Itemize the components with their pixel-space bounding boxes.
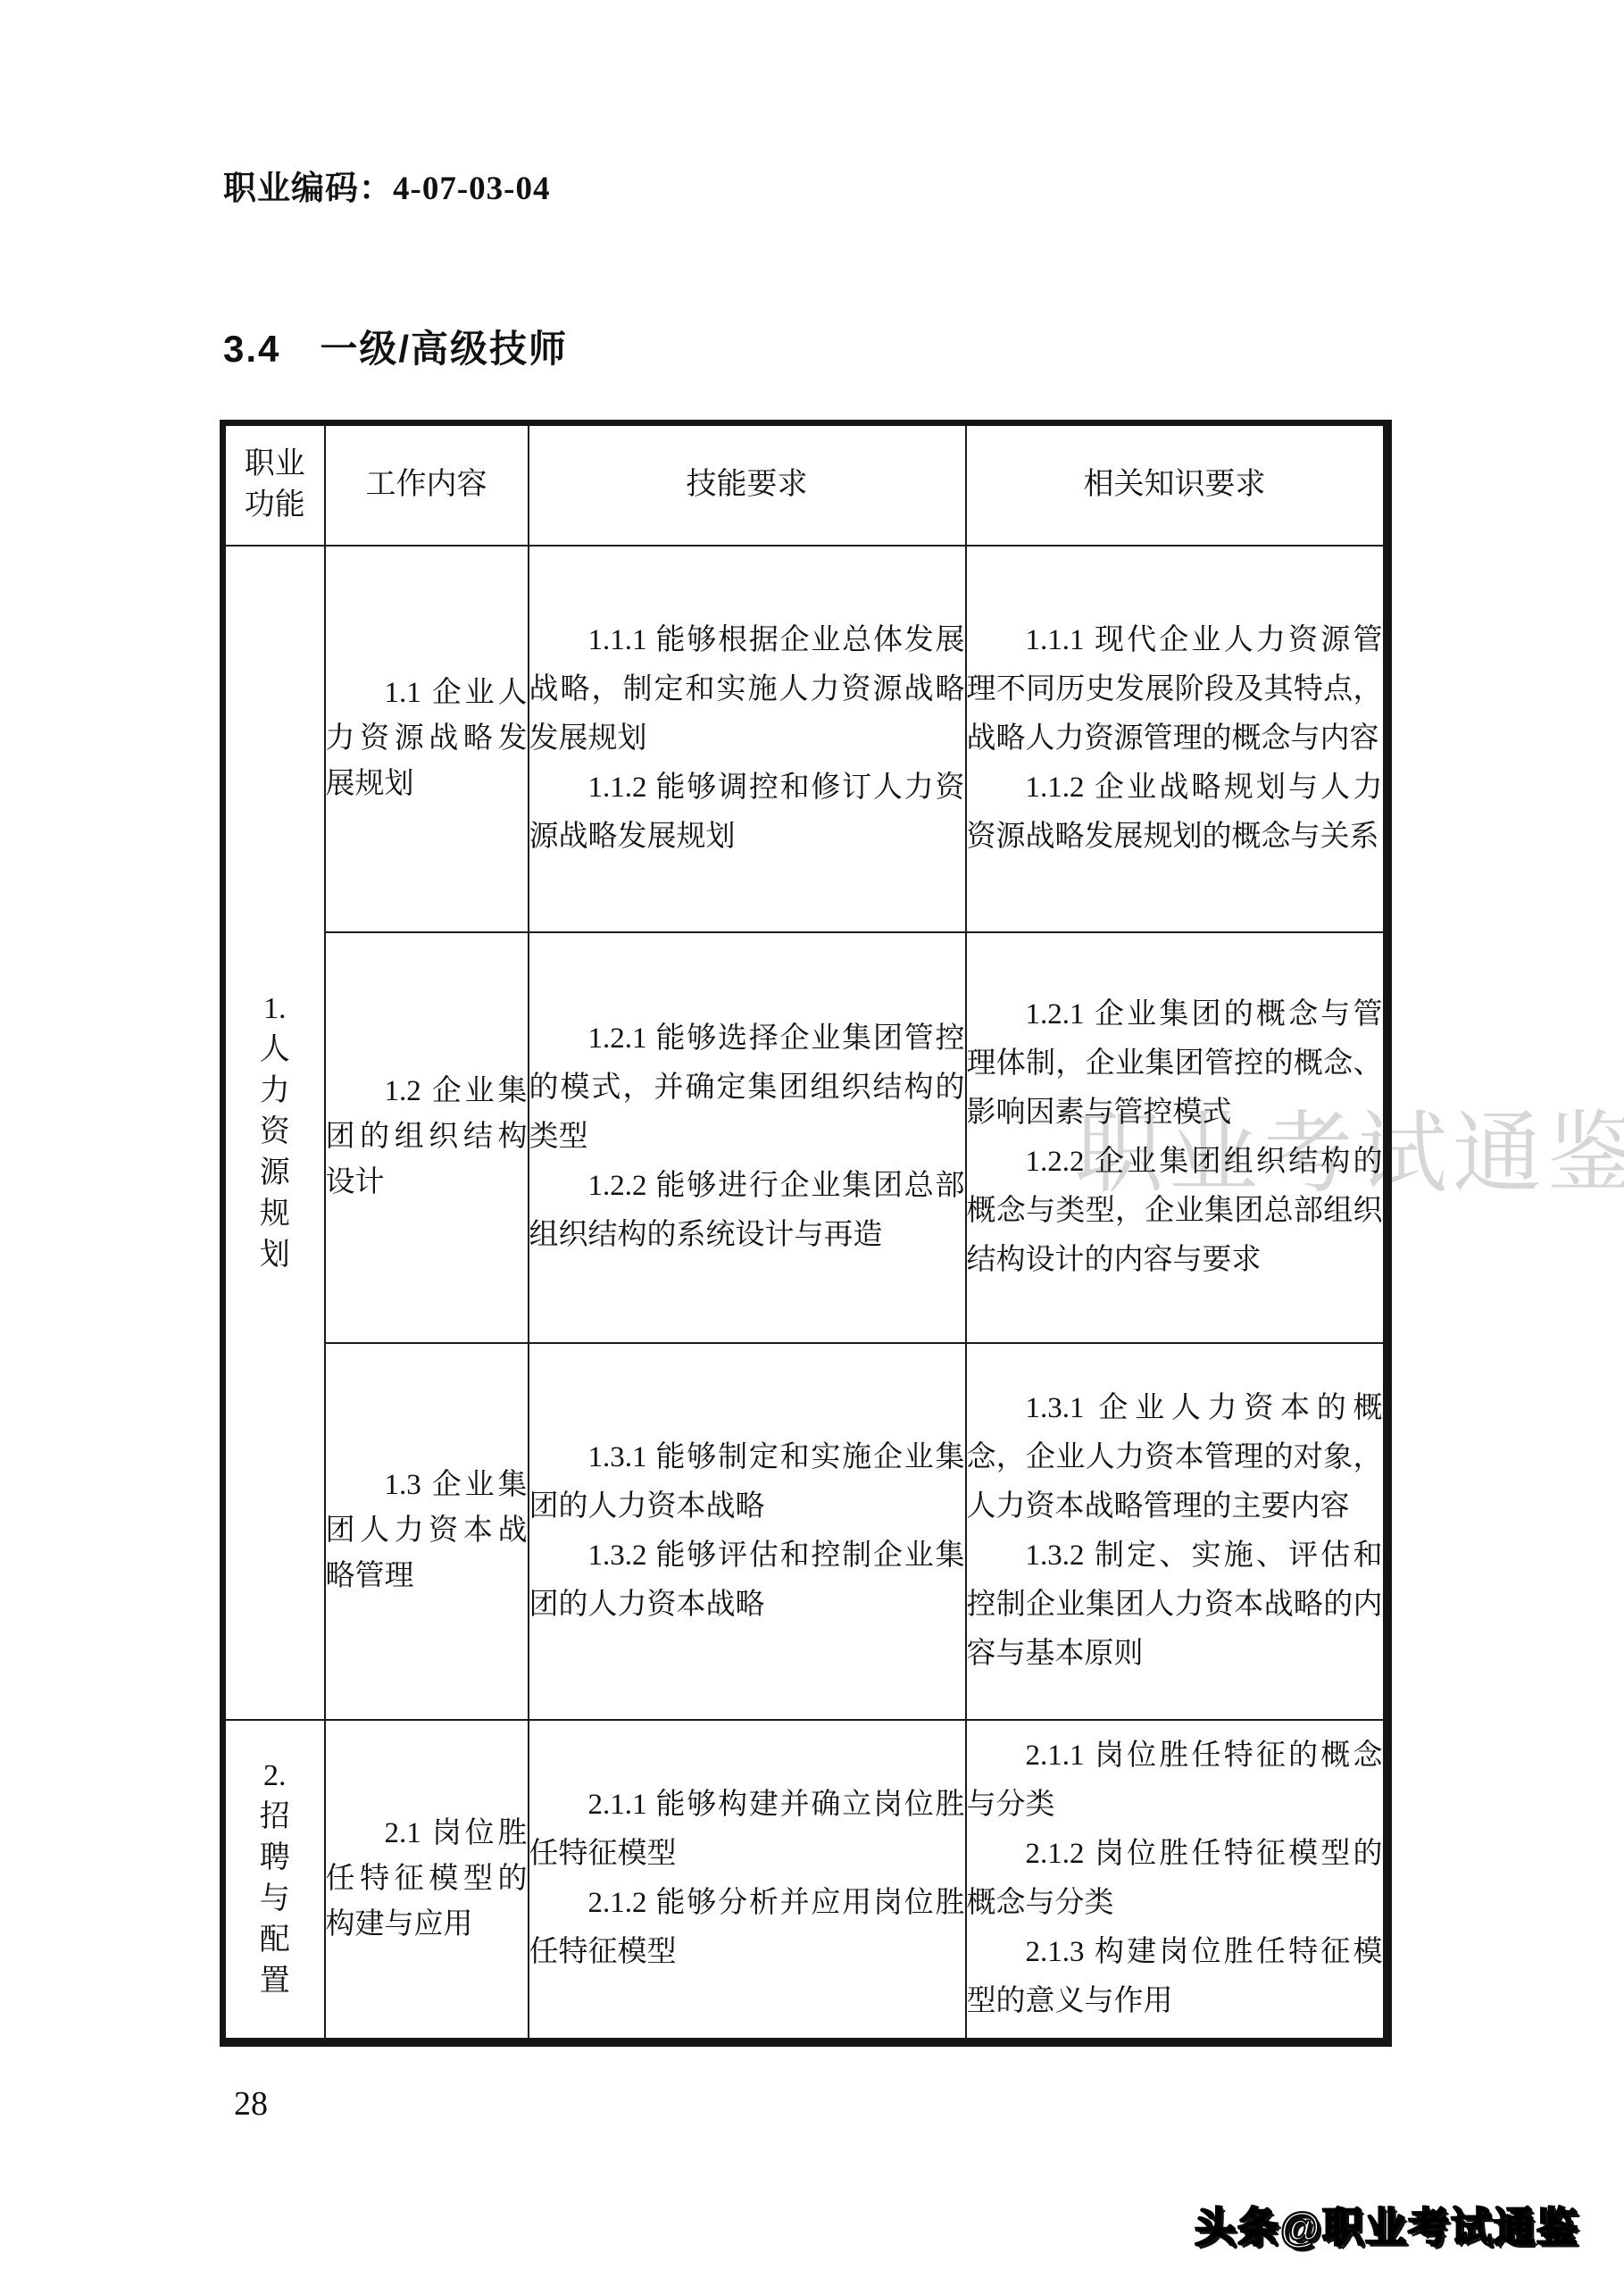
page-number: 28 (234, 2084, 268, 2124)
function-label-recruiting: 2. 招 聘 与 配 置 (226, 1756, 324, 2002)
skill-item: 1.1.1 能够根据企业总体发展战略，制定和实施人力资源战略发展规划 (529, 616, 965, 764)
cell-work-1-3: 1.3 企业集团人力资本战略管理 (325, 1343, 529, 1720)
table-row-1-3: 1.3 企业集团人力资本战略管理 1.3.1 能够制定和实施企业集团的人力资本战… (223, 1343, 1387, 1720)
function-label-hr-planning: 1. 人 力 资 源 规 划 (226, 989, 324, 1276)
cell-function-2: 2. 招 聘 与 配 置 (223, 1720, 325, 2042)
cell-work-1-1: 1.1 企业人力资源战略发展规划 (325, 546, 529, 932)
occupation-code: 职业编码：4-07-03-04 (223, 161, 550, 209)
cell-work-2-1: 2.1 岗位胜任特征模型的构建与应用 (325, 1720, 529, 2042)
table-row-1-1: 1. 人 力 资 源 规 划 1.1 企业人力资源战略发展规划 1.1.1 能够… (223, 546, 1387, 932)
knowledge-item: 1.3.1 企业人力资本的概念，企业人力资本管理的对象，人力资本战略管理的主要内… (967, 1384, 1383, 1531)
knowledge-item: 1.1.1 现代企业人力资源管理不同历史发展阶段及其特点，战略人力资源管理的概念… (967, 616, 1383, 764)
knowledge-item: 2.1.2 岗位胜任特征模型的概念与分类 (967, 1830, 1383, 1928)
skill-item: 1.2.2 能够进行企业集团总部组织结构的系统设计与再造 (529, 1162, 965, 1260)
section-title: 3.4 一级/高级技师 (223, 320, 568, 373)
cell-function-1: 1. 人 力 资 源 规 划 (223, 546, 325, 1720)
cell-knowledge-1-3: 1.3.1 企业人力资本的概念，企业人力资本管理的对象，人力资本战略管理的主要内… (966, 1343, 1387, 1720)
cell-knowledge-1-2: 1.2.1 企业集团的概念与管理体制，企业集团管控的概念、影响因素与管控模式 1… (966, 932, 1387, 1343)
knowledge-item: 1.3.2 制定、实施、评估和控制企业集团人力资本战略的内容与基本原则 (967, 1531, 1383, 1679)
header-work: 工作内容 (325, 423, 529, 546)
cell-skills-1-1: 1.1.1 能够根据企业总体发展战略，制定和实施人力资源战略发展规划 1.1.2… (529, 546, 966, 932)
knowledge-item: 1.2.2 企业集团组织结构的概念与类型，企业集团总部组织结构设计的内容与要求 (967, 1138, 1383, 1285)
cell-skills-2-1: 2.1.1 能够构建并确立岗位胜任特征模型 2.1.2 能够分析并应用岗位胜任特… (529, 1720, 966, 2042)
cell-knowledge-1-1: 1.1.1 现代企业人力资源管理不同历史发展阶段及其特点，战略人力资源管理的概念… (966, 546, 1387, 932)
table-row-2-1: 2. 招 聘 与 配 置 2.1 岗位胜任特征模型的构建与应用 2.1.1 能够… (223, 1720, 1387, 2042)
knowledge-item: 1.2.1 企业集团的概念与管理体制，企业集团管控的概念、影响因素与管控模式 (967, 990, 1383, 1138)
header-skills: 技能要求 (529, 423, 966, 546)
skill-item: 1.1.2 能够调控和修订人力资源战略发展规划 (529, 764, 965, 862)
cell-skills-1-2: 1.2.1 能够选择企业集团管控的模式，并确定集团组织结构的类型 1.2.2 能… (529, 932, 966, 1343)
footer-credit: 头条@职业考试通鉴 (1195, 2195, 1579, 2254)
header-knowledge: 相关知识要求 (966, 423, 1387, 546)
cell-skills-1-3: 1.3.1 能够制定和实施企业集团的人力资本战略 1.3.2 能够评估和控制企业… (529, 1343, 966, 1720)
skill-item: 2.1.2 能够分析并应用岗位胜任特征模型 (529, 1879, 965, 1977)
table-row-1-2: 1.2 企业集团的组织结构设计 1.2.1 能够选择企业集团管控的模式，并确定集… (223, 932, 1387, 1343)
knowledge-item: 1.1.2 企业战略规划与人力资源战略发展规划的概念与关系 (967, 764, 1383, 862)
skill-item: 2.1.1 能够构建并确立岗位胜任特征模型 (529, 1781, 965, 1879)
knowledge-item: 2.1.3 构建岗位胜任特征模型的意义与作用 (967, 1928, 1383, 2026)
table-header-row: 职业 功能 工作内容 技能要求 相关知识要求 (223, 423, 1387, 546)
skill-item: 1.3.1 能够制定和实施企业集团的人力资本战略 (529, 1433, 965, 1531)
cell-work-1-2: 1.2 企业集团的组织结构设计 (325, 932, 529, 1343)
cell-knowledge-2-1: 2.1.1 岗位胜任特征的概念与分类 2.1.2 岗位胜任特征模型的概念与分类 … (966, 1720, 1387, 2042)
occupation-standard-table: 职业 功能 工作内容 技能要求 相关知识要求 1. 人 力 资 源 规 划 1.… (220, 420, 1392, 2047)
skill-item: 1.2.1 能够选择企业集团管控的模式，并确定集团组织结构的类型 (529, 1014, 965, 1162)
skill-item: 1.3.2 能够评估和控制企业集团的人力资本战略 (529, 1531, 965, 1630)
knowledge-item: 2.1.1 岗位胜任特征的概念与分类 (967, 1731, 1383, 1830)
header-function: 职业 功能 (223, 423, 325, 546)
